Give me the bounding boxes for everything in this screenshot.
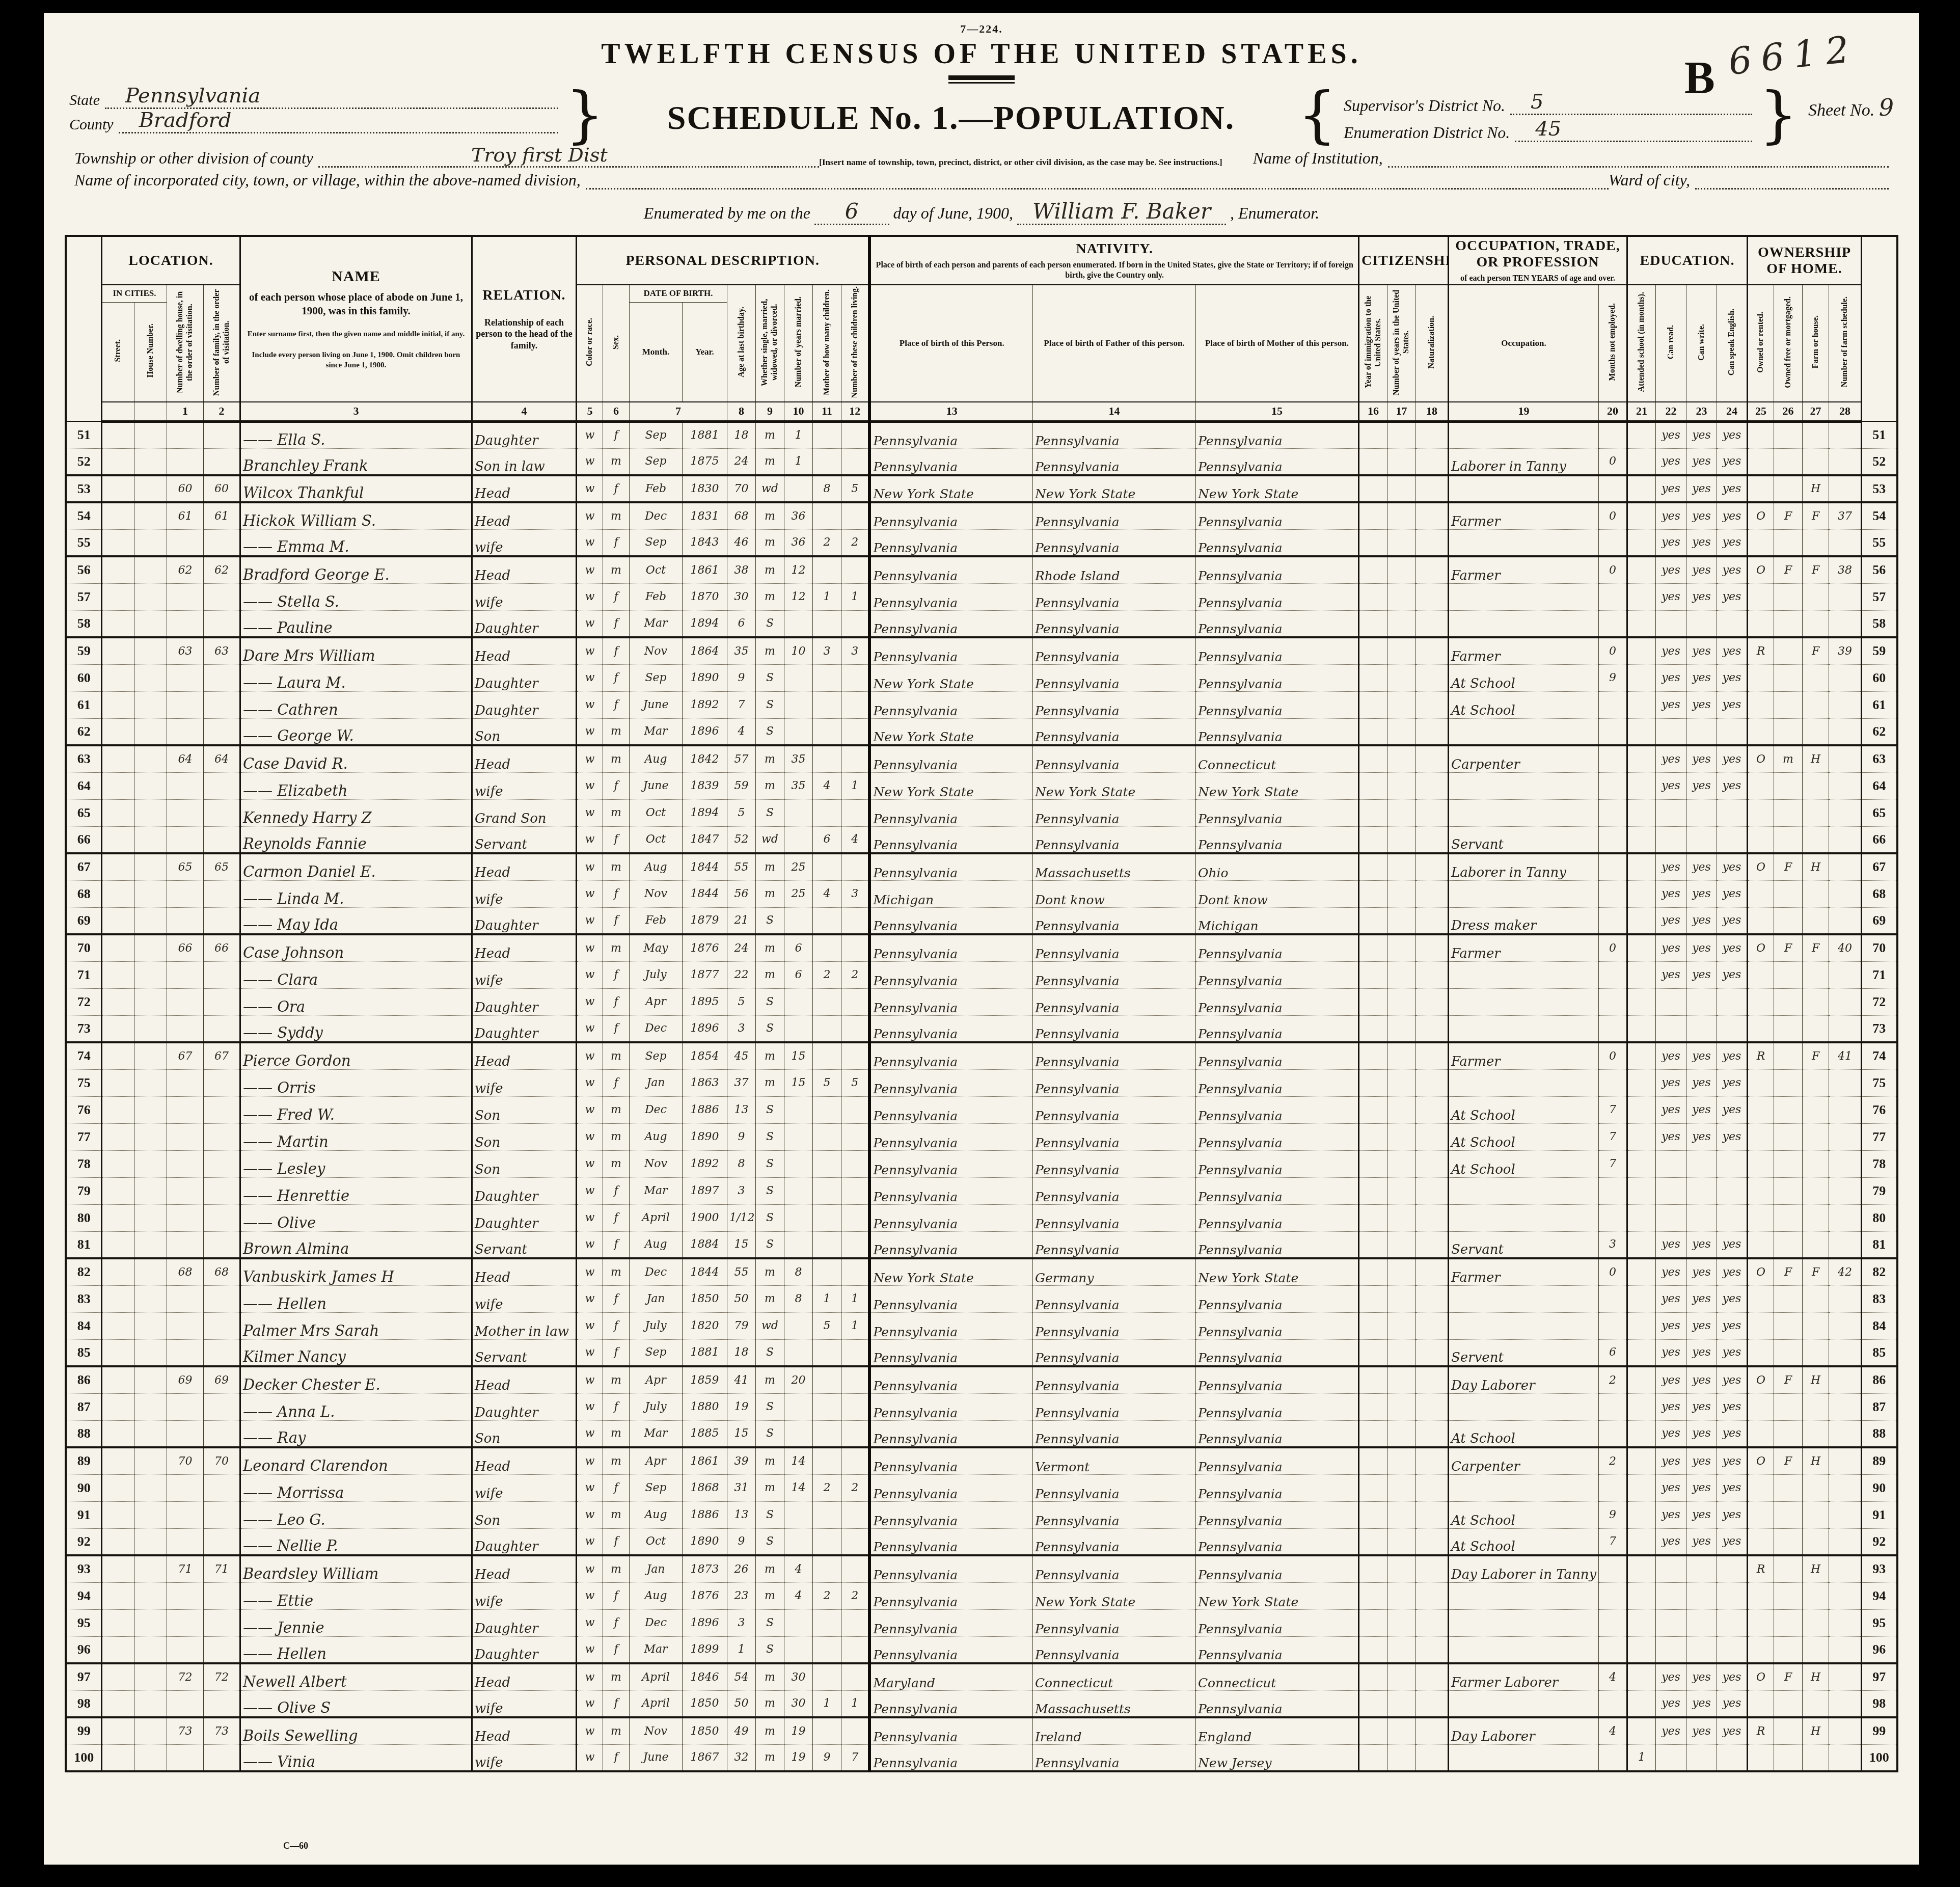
cell-occupation: Servant	[1449, 826, 1599, 853]
cell-birth-month: Sep	[629, 421, 682, 448]
cell-family-number	[203, 826, 240, 853]
cell-birthplace-father: Pennsylvania	[1032, 1636, 1195, 1663]
table-row: 57—— Stella S.wifewfFeb187030m1211Pennsy…	[66, 583, 1897, 610]
cell-attended-school	[1627, 1231, 1656, 1258]
cell-age: 21	[727, 907, 755, 934]
enumerator-label: , Enumerator.	[1230, 204, 1319, 222]
cell-marital-status: S	[755, 1636, 784, 1663]
table-row: 100—— ViniawifewfJune186732m1997Pennsylv…	[66, 1744, 1897, 1771]
cell-can-speak-english: yes	[1717, 1393, 1748, 1420]
cell-color-race: w	[576, 1582, 603, 1609]
cell-dwelling-number	[167, 1285, 203, 1312]
cell-age: 49	[727, 1717, 755, 1744]
cell-months-not-employed	[1599, 961, 1627, 988]
cell-birthplace-father: Pennsylvania	[1032, 718, 1195, 745]
cell-dwelling-number	[167, 529, 203, 556]
enumerated-mid: day of June, 1900,	[893, 204, 1014, 222]
cell-can-write: yes	[1686, 1285, 1717, 1312]
line-number-left: 67	[66, 853, 101, 880]
cell-mother-of-children	[812, 799, 841, 826]
cell-children-living: 2	[841, 961, 869, 988]
township-value: Troy first Dist	[471, 144, 608, 166]
cell-occupation	[1449, 610, 1599, 637]
cell-farm-or-house	[1803, 1528, 1829, 1555]
line-number-right: 69	[1862, 907, 1897, 934]
cell-family-number	[203, 880, 240, 907]
cell-marital-status: m	[755, 421, 784, 448]
institution-label: Name of Institution,	[1253, 149, 1383, 168]
cell-house-number	[134, 556, 167, 583]
cell-color-race: w	[576, 1447, 603, 1474]
cell-farm-or-house: H	[1803, 1447, 1829, 1474]
cell-naturalization	[1416, 1069, 1449, 1096]
cell-owned-rented	[1748, 1528, 1774, 1555]
cell-color-race: w	[576, 1420, 603, 1447]
cell-attended-school	[1627, 799, 1656, 826]
cell-owned-free-mortgaged	[1774, 1609, 1803, 1636]
cell-farm-schedule-number	[1829, 664, 1862, 691]
cell-owned-rented: R	[1748, 637, 1774, 664]
cell-children-living: 2	[841, 1474, 869, 1501]
cell-years-married: 8	[784, 1258, 812, 1285]
cell-owned-rented: O	[1748, 1447, 1774, 1474]
cell-farm-schedule-number	[1829, 1393, 1862, 1420]
cell-farm-schedule-number	[1829, 1204, 1862, 1231]
cell-can-read	[1656, 826, 1686, 853]
cell-birth-month: Dec	[629, 1015, 682, 1042]
cell-attended-school	[1627, 1636, 1656, 1663]
cell-relation: Head	[472, 502, 576, 529]
cell-can-read: yes	[1656, 745, 1686, 772]
table-row: 58—— PaulineDaughterwfMar18946SPennsylva…	[66, 610, 1897, 637]
cell-farm-schedule-number	[1829, 1285, 1862, 1312]
cell-months-not-employed: 7	[1599, 1123, 1627, 1150]
cell-birthplace-mother: Pennsylvania	[1195, 529, 1358, 556]
cell-birth-year: 1844	[682, 853, 727, 880]
line-number-left: 69	[66, 907, 101, 934]
line-number-right: 60	[1862, 664, 1897, 691]
cell-farm-schedule-number	[1829, 1339, 1862, 1366]
cell-marital-status: m	[755, 1447, 784, 1474]
cell-can-write	[1686, 988, 1717, 1015]
age-header: Age at last birthday.	[727, 285, 755, 402]
cell-birthplace-mother: Pennsylvania	[1195, 988, 1358, 1015]
cell-can-read: yes	[1656, 1663, 1686, 1690]
cell-street	[101, 610, 134, 637]
cell-months-not-employed	[1599, 1393, 1627, 1420]
cell-immigration-year	[1359, 1366, 1387, 1393]
cell-sex: m	[603, 718, 629, 745]
cell-attended-school	[1627, 1204, 1656, 1231]
cell-occupation	[1449, 475, 1599, 502]
cell-owned-rented	[1748, 475, 1774, 502]
cell-years-in-us	[1387, 1393, 1416, 1420]
cell-farm-schedule-number: 37	[1829, 502, 1862, 529]
cell-marital-status: m	[755, 1069, 784, 1096]
cell-immigration-year	[1359, 529, 1387, 556]
cell-name: —— Morrissa	[240, 1474, 472, 1501]
cell-months-not-employed	[1599, 1582, 1627, 1609]
cell-owned-rented: O	[1748, 745, 1774, 772]
cell-attended-school	[1627, 1609, 1656, 1636]
cell-age: 54	[727, 1663, 755, 1690]
cell-owned-free-mortgaged	[1774, 1582, 1803, 1609]
cell-color-race: w	[576, 1663, 603, 1690]
cell-months-not-employed	[1599, 1015, 1627, 1042]
cell-naturalization	[1416, 1420, 1449, 1447]
street-header: Street.	[101, 302, 134, 402]
attended-school-header: Attended school (in months).	[1627, 285, 1656, 402]
cell-sex: f	[603, 1204, 629, 1231]
cell-mother-of-children: 5	[812, 1069, 841, 1096]
cell-immigration-year	[1359, 1312, 1387, 1339]
cell-can-write: yes	[1686, 502, 1717, 529]
cell-birthplace-person: Pennsylvania	[869, 1069, 1032, 1096]
cell-farm-schedule-number	[1829, 826, 1862, 853]
cell-color-race: w	[576, 1258, 603, 1285]
cell-birth-year: 1896	[682, 718, 727, 745]
cell-mother-of-children	[812, 1204, 841, 1231]
cell-age: 37	[727, 1069, 755, 1096]
cell-birth-month: Feb	[629, 475, 682, 502]
cell-birthplace-person: New York State	[869, 718, 1032, 745]
cell-sex: m	[603, 853, 629, 880]
cell-months-not-employed	[1599, 718, 1627, 745]
cell-birthplace-person: Pennsylvania	[869, 448, 1032, 475]
cell-birthplace-person: Pennsylvania	[869, 745, 1032, 772]
cell-color-race: w	[576, 1042, 603, 1069]
cell-relation: Mother in law	[472, 1312, 576, 1339]
line-number-left: 82	[66, 1258, 101, 1285]
cell-birth-month: Nov	[629, 637, 682, 664]
cell-color-race: w	[576, 610, 603, 637]
cell-marital-status: m	[755, 1555, 784, 1582]
cell-relation: Head	[472, 853, 576, 880]
cell-street	[101, 772, 134, 799]
cell-mother-of-children	[812, 1420, 841, 1447]
cell-name: Carmon Daniel E.	[240, 853, 472, 880]
cell-years-in-us	[1387, 1015, 1416, 1042]
cell-dwelling-number	[167, 1015, 203, 1042]
cell-street	[101, 1474, 134, 1501]
cell-years-married	[784, 1636, 812, 1663]
cell-years-in-us	[1387, 1177, 1416, 1204]
cell-years-in-us	[1387, 502, 1416, 529]
cell-sex: f	[603, 1231, 629, 1258]
cell-months-not-employed: 9	[1599, 1501, 1627, 1528]
cell-occupation	[1449, 1636, 1599, 1663]
cell-birthplace-father: New York State	[1032, 1582, 1195, 1609]
line-number-left: 74	[66, 1042, 101, 1069]
enumeration-district-line: Enumeration District No. 45	[1344, 123, 1752, 142]
cell-can-write: yes	[1686, 1528, 1717, 1555]
cell-can-write: yes	[1686, 1231, 1717, 1258]
cell-can-speak-english: yes	[1717, 583, 1748, 610]
line-number-right: 78	[1862, 1150, 1897, 1177]
cell-marital-status: m	[755, 583, 784, 610]
cell-owned-free-mortgaged	[1774, 1744, 1803, 1771]
cell-owned-free-mortgaged	[1774, 907, 1803, 934]
occupation-header: Occupation.	[1449, 285, 1599, 402]
cell-can-read: yes	[1656, 1312, 1686, 1339]
cell-years-married	[784, 691, 812, 718]
cell-farm-or-house	[1803, 1609, 1829, 1636]
cell-name: —— Hellen	[240, 1636, 472, 1663]
cell-months-not-employed: 0	[1599, 934, 1627, 961]
table-row: 78—— LesleySonwmNov18928SPennsylvaniaPen…	[66, 1150, 1897, 1177]
cell-immigration-year	[1359, 502, 1387, 529]
cell-years-married: 8	[784, 1285, 812, 1312]
cell-sex: f	[603, 826, 629, 853]
cell-mother-of-children	[812, 1231, 841, 1258]
cell-farm-or-house	[1803, 1582, 1829, 1609]
cell-can-read: yes	[1656, 1690, 1686, 1717]
cell-months-not-employed: 4	[1599, 1663, 1627, 1690]
cell-family-number	[203, 907, 240, 934]
cell-farm-or-house	[1803, 448, 1829, 475]
cell-farm-or-house	[1803, 772, 1829, 799]
cell-years-in-us	[1387, 610, 1416, 637]
cell-owned-rented	[1748, 880, 1774, 907]
cell-can-speak-english	[1717, 1609, 1748, 1636]
cell-years-in-us	[1387, 448, 1416, 475]
cell-can-speak-english: yes	[1717, 1258, 1748, 1285]
cell-birth-year: 1895	[682, 988, 727, 1015]
cell-dwelling-number	[167, 1123, 203, 1150]
cell-birth-year: 1850	[682, 1690, 727, 1717]
cell-birth-year: 1847	[682, 826, 727, 853]
cell-dwelling-number	[167, 1231, 203, 1258]
cell-farm-or-house	[1803, 961, 1829, 988]
cell-dwelling-number: 65	[167, 853, 203, 880]
cell-house-number	[134, 1447, 167, 1474]
cell-birthplace-mother: Pennsylvania	[1195, 826, 1358, 853]
cell-family-number	[203, 691, 240, 718]
cell-years-married: 36	[784, 502, 812, 529]
cell-birthplace-mother: New York State	[1195, 772, 1358, 799]
cell-birthplace-person: Pennsylvania	[869, 907, 1032, 934]
cell-birthplace-person: Pennsylvania	[869, 1636, 1032, 1663]
table-row: 60—— Laura M.DaughterwfSep18909SNew York…	[66, 664, 1897, 691]
cell-farm-schedule-number	[1829, 1312, 1862, 1339]
cell-street	[101, 853, 134, 880]
cell-relation: Son	[472, 1150, 576, 1177]
cell-children-living	[841, 1636, 869, 1663]
years-married-header: Number of years married.	[784, 285, 812, 402]
cell-family-number: 63	[203, 637, 240, 664]
cell-name: —— Linda M.	[240, 880, 472, 907]
cell-dwelling-number	[167, 1690, 203, 1717]
cell-owned-rented	[1748, 1015, 1774, 1042]
cell-street	[101, 1528, 134, 1555]
cell-farm-or-house	[1803, 421, 1829, 448]
line-number-left: 88	[66, 1420, 101, 1447]
cell-house-number	[134, 1555, 167, 1582]
line-number-left: 52	[66, 448, 101, 475]
cell-mother-of-children	[812, 691, 841, 718]
cell-can-read: yes	[1656, 1501, 1686, 1528]
cell-family-number	[203, 1420, 240, 1447]
cell-naturalization	[1416, 502, 1449, 529]
cell-sex: m	[603, 1447, 629, 1474]
cell-street	[101, 1582, 134, 1609]
cell-sex: f	[603, 961, 629, 988]
cell-can-read: yes	[1656, 1339, 1686, 1366]
cell-dwelling-number	[167, 1582, 203, 1609]
location-group-header: LOCATION.	[101, 236, 240, 285]
cell-years-married: 14	[784, 1447, 812, 1474]
cell-birthplace-father: Connecticut	[1032, 1663, 1195, 1690]
cell-birthplace-mother: Pennsylvania	[1195, 1042, 1358, 1069]
cell-occupation	[1449, 1069, 1599, 1096]
cell-years-married: 1	[784, 448, 812, 475]
cell-owned-free-mortgaged: F	[1774, 1258, 1803, 1285]
line-number-left: 70	[66, 934, 101, 961]
cell-months-not-employed	[1599, 799, 1627, 826]
table-row: 83—— HellenwifewfJan185050m811Pennsylvan…	[66, 1285, 1897, 1312]
cell-family-number	[203, 1015, 240, 1042]
cell-owned-free-mortgaged	[1774, 826, 1803, 853]
cell-relation: Daughter	[472, 421, 576, 448]
cell-relation: Daughter	[472, 1393, 576, 1420]
line-number-right: 80	[1862, 1204, 1897, 1231]
cell-birthplace-mother: Michigan	[1195, 907, 1358, 934]
line-number-right: 83	[1862, 1285, 1897, 1312]
cell-birth-year: 1864	[682, 637, 727, 664]
cell-farm-or-house	[1803, 1069, 1829, 1096]
cell-birthplace-mother: Pennsylvania	[1195, 1528, 1358, 1555]
cell-birth-month: Dec	[629, 502, 682, 529]
cell-birthplace-father: Pennsylvania	[1032, 1420, 1195, 1447]
cell-marital-status: S	[755, 610, 784, 637]
cell-birth-month: Mar	[629, 610, 682, 637]
cell-family-number	[203, 1744, 240, 1771]
cell-owned-rented	[1748, 1609, 1774, 1636]
line-number-header-left	[66, 236, 101, 421]
cell-birth-month: Dec	[629, 1258, 682, 1285]
cell-color-race: w	[576, 1393, 603, 1420]
cell-owned-free-mortgaged: F	[1774, 934, 1803, 961]
cell-street	[101, 1501, 134, 1528]
cell-birthplace-person: Pennsylvania	[869, 853, 1032, 880]
immigration-year-header: Year of immigration to the United States…	[1359, 285, 1387, 402]
cell-name: —— Clara	[240, 961, 472, 988]
cell-family-number: 70	[203, 1447, 240, 1474]
city-label: Name of incorporated city, town, or vill…	[74, 171, 581, 190]
cell-can-read: yes	[1656, 664, 1686, 691]
cell-can-read: yes	[1656, 448, 1686, 475]
cell-family-number	[203, 1231, 240, 1258]
cell-birthplace-person: Pennsylvania	[869, 1177, 1032, 1204]
cell-can-write: yes	[1686, 934, 1717, 961]
cell-can-write: yes	[1686, 1474, 1717, 1501]
cell-birthplace-person: Pennsylvania	[869, 934, 1032, 961]
cell-birthplace-person: Pennsylvania	[869, 799, 1032, 826]
cell-mother-of-children	[812, 1339, 841, 1366]
cell-can-write	[1686, 1744, 1717, 1771]
schedule-title: SCHEDULE No. 1.—POPULATION.	[611, 99, 1290, 138]
table-row: 676565Carmon Daniel E.HeadwmAug184455m25…	[66, 853, 1897, 880]
cell-naturalization	[1416, 1447, 1449, 1474]
cell-birth-year: 1859	[682, 1366, 727, 1393]
line-number-right: 97	[1862, 1663, 1897, 1690]
cell-owned-rented: O	[1748, 934, 1774, 961]
cell-years-in-us	[1387, 907, 1416, 934]
cell-farm-schedule-number	[1829, 853, 1862, 880]
cell-owned-rented	[1748, 988, 1774, 1015]
cell-months-not-employed	[1599, 475, 1627, 502]
township-label: Township or other division of county	[74, 149, 313, 168]
cell-farm-or-house: F	[1803, 502, 1829, 529]
cell-dwelling-number	[167, 448, 203, 475]
cell-color-race: w	[576, 1069, 603, 1096]
cell-can-speak-english	[1717, 1555, 1748, 1582]
cell-years-in-us	[1387, 421, 1416, 448]
cell-family-number	[203, 1474, 240, 1501]
cell-color-race: w	[576, 529, 603, 556]
cell-owned-rented	[1748, 1285, 1774, 1312]
cell-birthplace-mother: New York State	[1195, 1582, 1358, 1609]
line-number-right: 75	[1862, 1069, 1897, 1096]
cell-can-speak-english	[1717, 1150, 1748, 1177]
cell-birth-month: Nov	[629, 1717, 682, 1744]
line-number-right: 81	[1862, 1231, 1897, 1258]
cell-dwelling-number: 63	[167, 637, 203, 664]
cell-occupation: Carpenter	[1449, 745, 1599, 772]
cell-street	[101, 556, 134, 583]
cell-color-race: w	[576, 799, 603, 826]
cell-owned-free-mortgaged	[1774, 1636, 1803, 1663]
cell-birth-month: Mar	[629, 1636, 682, 1663]
cell-owned-free-mortgaged	[1774, 1177, 1803, 1204]
cell-years-in-us	[1387, 637, 1416, 664]
cell-occupation	[1449, 1582, 1599, 1609]
cell-color-race: w	[576, 1231, 603, 1258]
cell-birthplace-person: Pennsylvania	[869, 1420, 1032, 1447]
cell-birthplace-person: Pennsylvania	[869, 1285, 1032, 1312]
cell-house-number	[134, 1474, 167, 1501]
cell-owned-rented: O	[1748, 1258, 1774, 1285]
cell-birthplace-person: Pennsylvania	[869, 1015, 1032, 1042]
cell-relation: Servant	[472, 826, 576, 853]
cell-birthplace-mother: Pennsylvania	[1195, 1177, 1358, 1204]
cell-birthplace-father: Pennsylvania	[1032, 826, 1195, 853]
cell-name: Wilcox Thankful	[240, 475, 472, 502]
line-number-left: 56	[66, 556, 101, 583]
cell-owned-free-mortgaged	[1774, 772, 1803, 799]
cell-birthplace-mother: Pennsylvania	[1195, 1555, 1358, 1582]
cell-owned-rented	[1748, 799, 1774, 826]
line-number-right: 91	[1862, 1501, 1897, 1528]
cell-color-race: w	[576, 1744, 603, 1771]
cell-birthplace-person: Michigan	[869, 880, 1032, 907]
cell-name: —— Vinia	[240, 1744, 472, 1771]
cell-birthplace-father: Pennsylvania	[1032, 1393, 1195, 1420]
cell-street	[101, 502, 134, 529]
table-row: 977272Newell AlbertHeadwmApril184654m30M…	[66, 1663, 1897, 1690]
cell-years-married: 30	[784, 1663, 812, 1690]
line-number-left: 76	[66, 1096, 101, 1123]
cell-dwelling-number	[167, 610, 203, 637]
cell-color-race: w	[576, 1096, 603, 1123]
cell-years-in-us	[1387, 1204, 1416, 1231]
cell-age: 4	[727, 718, 755, 745]
cell-relation: wife	[472, 1069, 576, 1096]
cell-birthplace-mother: Dont know	[1195, 880, 1358, 907]
cell-children-living	[841, 1231, 869, 1258]
cell-marital-status: S	[755, 1339, 784, 1366]
cell-can-read: yes	[1656, 961, 1686, 988]
